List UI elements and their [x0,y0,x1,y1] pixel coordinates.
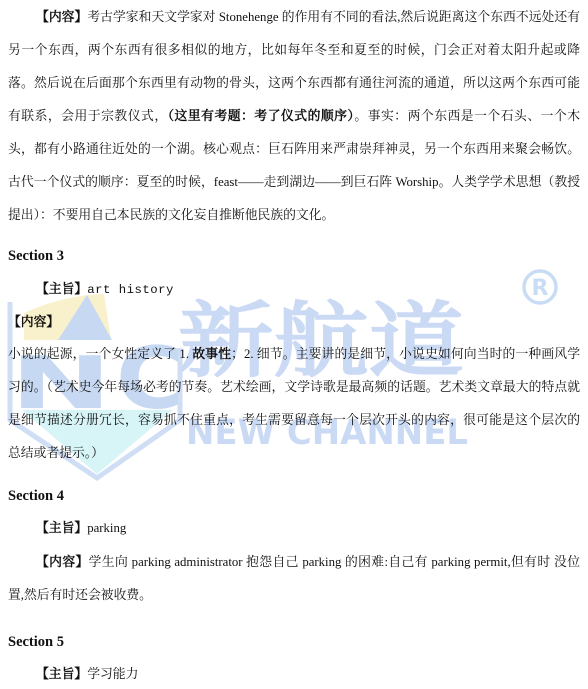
section-3-topic-line: 【主旨】art history [8,273,580,307]
topic-value: parking [87,521,126,535]
content-bold: 故事性 [192,347,231,361]
content-text: 学生向 parking administrator 抱怨自己 parking 的… [8,555,580,602]
exam-note-bold: （这里有考题：考了仪式的顺序） [168,109,355,123]
topic-label: 【主旨】 [36,667,87,681]
section-4-header: Section 4 [8,480,580,513]
document-content: 【内容】考古学家和天文学家对 Stonehenge 的作用有不同的看法,然后说距… [0,0,588,689]
section-3-content-label: 【内容】 [8,306,580,339]
content-label: 【内容】 [36,555,89,569]
section-4-topic-line: 【主旨】parking [8,512,580,545]
topic-value: art history [87,283,174,297]
intro-text: 考古学家和天文学家对 Stonehenge 的作用有不同的看法,然后说距离这个东… [8,10,580,123]
section-5-topic-line: 【主旨】学习能力 [8,658,580,689]
section-3-content: 小说的起源，一个女性定义了 1. 故事性；2. 细节。主要讲的是细节，小说史如何… [8,338,580,470]
content-label: 【内容】 [36,10,87,24]
content-label: 【内容】 [8,315,59,329]
document-page: N C 新航道 NEW CHANNEL R 【内容】考古学家和天文学家对 Sto… [0,0,588,689]
topic-value: 学习能力 [87,667,138,681]
content-text-tail: ；2. 细节。主要讲的是细节，小说史如何向当时的一种画风学习的。（艺术史今年每场… [8,347,580,460]
intro-text-tail: 。事实：两个东西是一个石头、一个木头，都有小路通往近处的一个湖。核心观点：巨石阵… [8,109,580,222]
section-4-content: 【内容】学生向 parking administrator 抱怨自己 parki… [8,546,580,612]
content-text: 小说的起源，一个女性定义了 1. [8,347,192,361]
intro-paragraph: 【内容】考古学家和天文学家对 Stonehenge 的作用有不同的看法,然后说距… [8,1,580,232]
section-5-header: Section 5 [8,626,580,659]
topic-label: 【主旨】 [36,521,87,535]
section-3-header: Section 3 [8,240,580,273]
topic-label: 【主旨】 [36,282,87,296]
